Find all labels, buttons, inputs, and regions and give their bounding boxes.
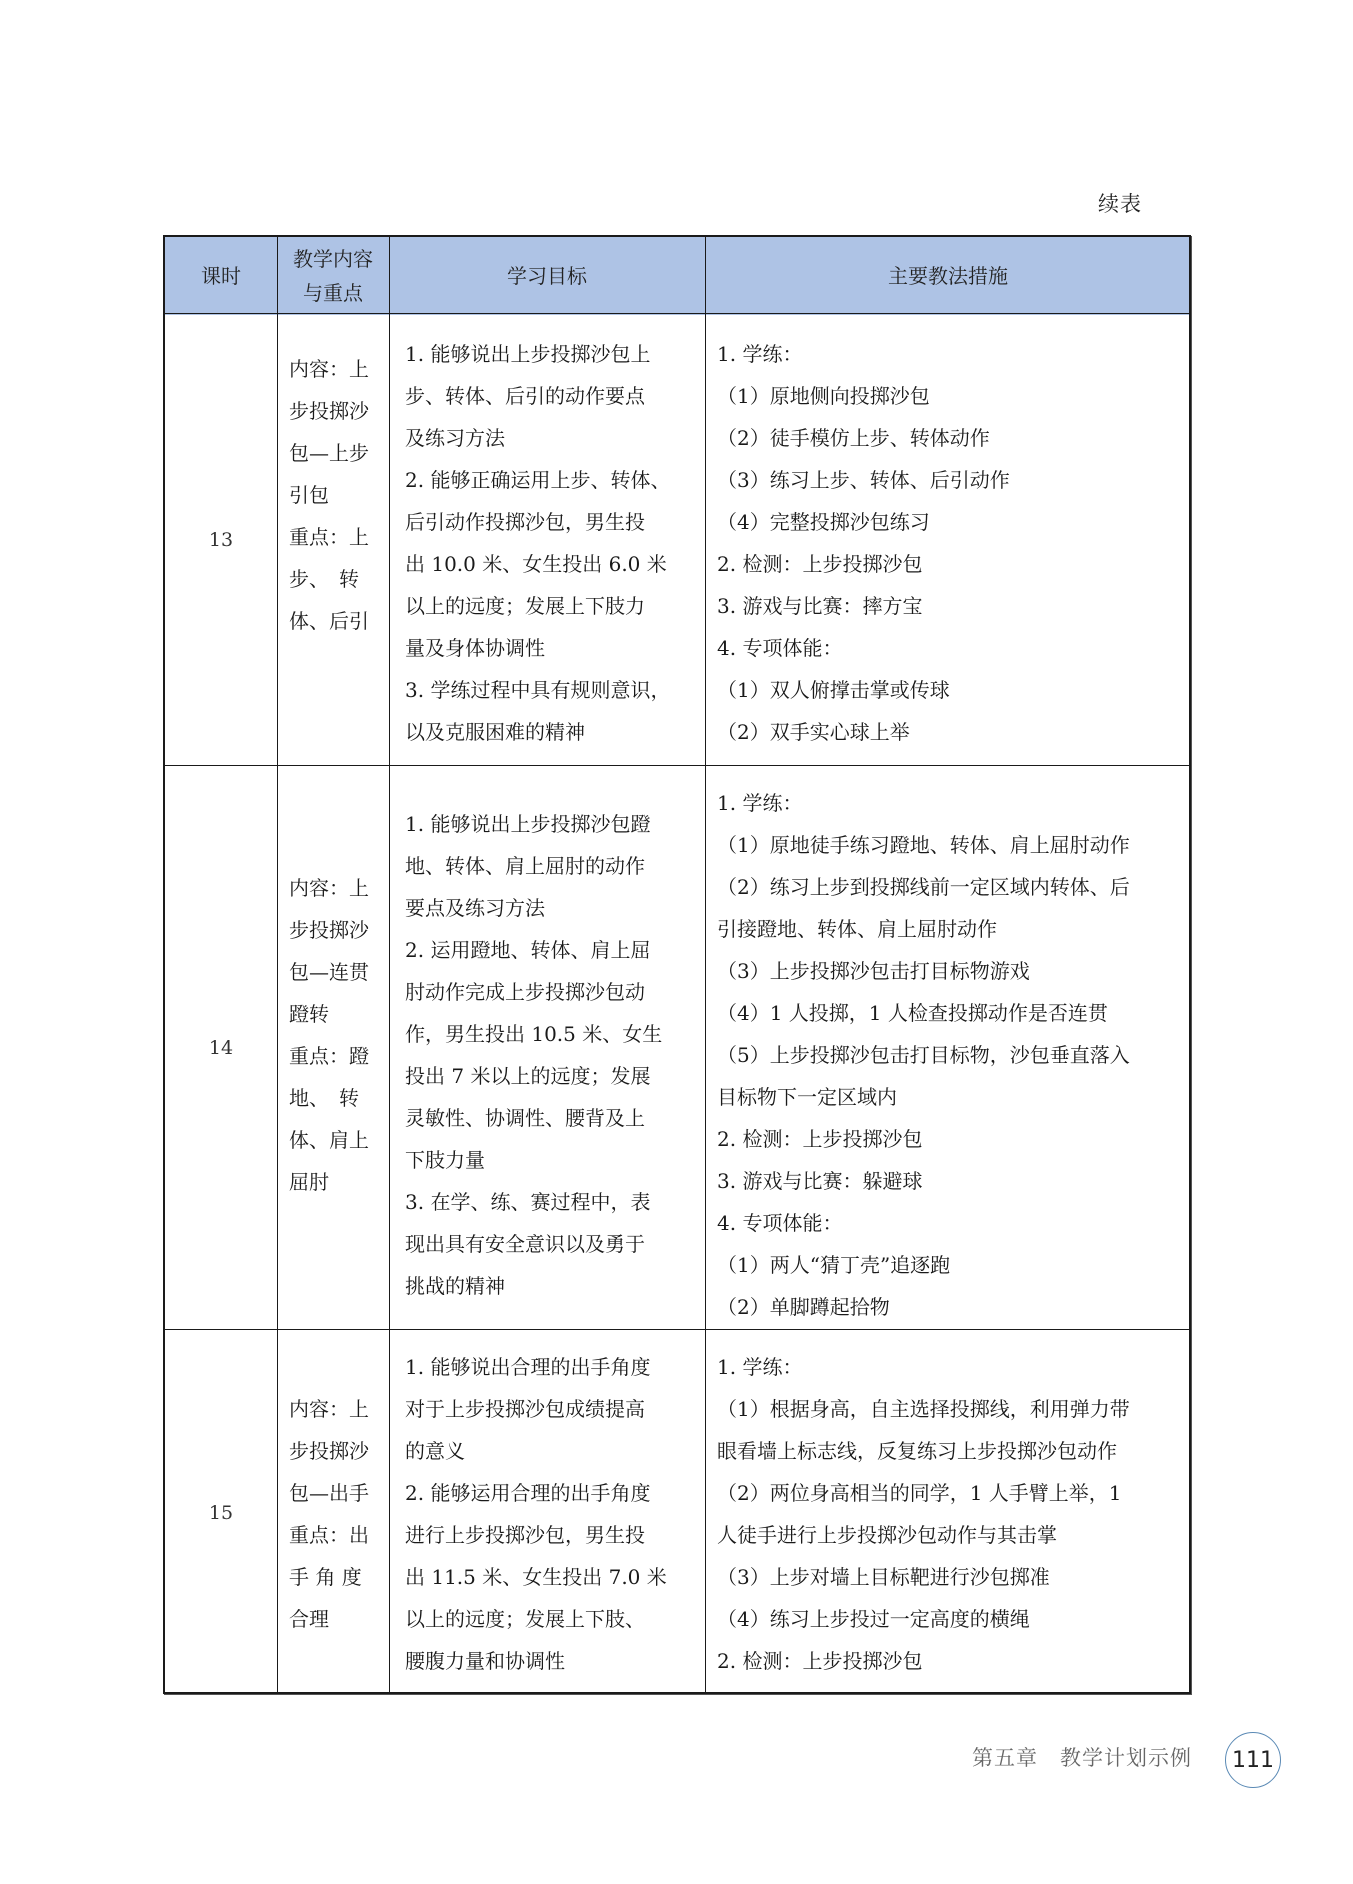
method-line: （4）1 人投掷，1 人检查投掷动作是否连贯 [717, 992, 1187, 1034]
header-content-label-1: 教学内容 [293, 242, 373, 276]
row-divider [165, 1329, 1189, 1330]
objective-line: 灵敏性、协调性、腰背及上 [405, 1097, 701, 1139]
objective-line: 以上的远度；发展上下肢、 [405, 1598, 701, 1640]
content-line: 地、 转 [289, 1077, 389, 1119]
method-line: （1）根据身高，自主选择投掷线，利用弹力带 [717, 1388, 1187, 1430]
method-line: 2. 检测：上步投掷沙包 [717, 1640, 1187, 1682]
objective-line: 1. 能够说出上步投掷沙包上 [405, 333, 701, 375]
content-line: 步投掷沙 [289, 1430, 389, 1472]
objective-line: 作，男生投出 10.5 米、女生 [405, 1013, 701, 1055]
method-line: （1）两人“猜丁壳”追逐跑 [717, 1244, 1187, 1286]
content-line: 内容：上 [289, 1388, 389, 1430]
content-line: 重点：蹬 [289, 1035, 389, 1077]
page-number-badge: 111 [1225, 1732, 1281, 1788]
method-line: （4）完整投掷沙包练习 [717, 501, 1187, 543]
lesson-number-13: 13 [165, 315, 277, 765]
method-line: （2）徒手模仿上步、转体动作 [717, 417, 1187, 459]
objectives-cell-14: 1. 能够说出上步投掷沙包蹬 地、转体、肩上屈肘的动作 要点及练习方法 2. 运… [405, 803, 701, 1307]
method-line: （2）两位身高相当的同学，1 人手臂上举，1 [717, 1472, 1187, 1514]
continued-label: 续表 [1098, 188, 1142, 218]
objective-line: 下肢力量 [405, 1139, 701, 1181]
method-line: （2）双手实心球上举 [717, 711, 1187, 753]
objective-line: 腰腹力量和协调性 [405, 1640, 701, 1682]
methods-cell-14: 1. 学练： （1）原地徒手练习蹬地、转体、肩上屈肘动作 （2）练习上步到投掷线… [717, 782, 1187, 1328]
objectives-cell-15: 1. 能够说出合理的出手角度 对于上步投掷沙包成绩提高 的意义 2. 能够运用合… [405, 1346, 701, 1682]
content-line: 步、 转 [289, 558, 389, 600]
method-line: 人徒手进行上步投掷沙包动作与其击掌 [717, 1514, 1187, 1556]
objective-line: 肘动作完成上步投掷沙包动 [405, 971, 701, 1013]
objective-line: 地、转体、肩上屈肘的动作 [405, 845, 701, 887]
method-line: （1）双人俯撑击掌或传球 [717, 669, 1187, 711]
objective-line: 要点及练习方法 [405, 887, 701, 929]
objective-line: 出 10.0 米、女生投出 6.0 米 [405, 543, 701, 585]
method-line: 1. 学练： [717, 333, 1187, 375]
content-line: 步投掷沙 [289, 390, 389, 432]
row-divider [165, 765, 1189, 766]
header-lesson-label: 课时 [201, 259, 241, 293]
objective-line: 2. 能够运用合理的出手角度 [405, 1472, 701, 1514]
method-line: 4. 专项体能： [717, 1202, 1187, 1244]
header-methods: 主要教法措施 [705, 237, 1191, 315]
method-line: （3）上步投掷沙包击打目标物游戏 [717, 950, 1187, 992]
objective-line: 以及克服困难的精神 [405, 711, 701, 753]
content-line: 体、后引 [289, 600, 389, 642]
content-line: 手 角 度 [289, 1556, 389, 1598]
method-line: （2）单脚蹲起拾物 [717, 1286, 1187, 1328]
objective-line: 2. 能够正确运用上步、转体、 [405, 459, 701, 501]
header-objectives: 学习目标 [389, 237, 705, 315]
objective-line: 及练习方法 [405, 417, 701, 459]
content-line: 包—出手 [289, 1472, 389, 1514]
lesson-number-15: 15 [165, 1331, 277, 1694]
column-divider [389, 237, 390, 1692]
objective-line: 量及身体协调性 [405, 627, 701, 669]
objective-line: 挑战的精神 [405, 1265, 701, 1307]
objective-line: 以上的远度；发展上下肢力 [405, 585, 701, 627]
objective-line: 对于上步投掷沙包成绩提高 [405, 1388, 701, 1430]
lesson-number: 13 [209, 519, 233, 561]
method-line: （4）练习上步投过一定高度的横绳 [717, 1598, 1187, 1640]
content-line: 包—上步 [289, 432, 389, 474]
method-line: 3. 游戏与比赛：躲避球 [717, 1160, 1187, 1202]
method-line: （3）上步对墙上目标靶进行沙包掷准 [717, 1556, 1187, 1598]
content-line: 屈肘 [289, 1161, 389, 1203]
objective-line: 现出具有安全意识以及勇于 [405, 1223, 701, 1265]
objective-line: 后引动作投掷沙包，男生投 [405, 501, 701, 543]
content-line: 内容：上 [289, 867, 389, 909]
method-line: （3）练习上步、转体、后引动作 [717, 459, 1187, 501]
content-line: 包—连贯 [289, 951, 389, 993]
content-line: 引包 [289, 474, 389, 516]
column-divider [705, 237, 706, 1692]
content-line: 内容：上 [289, 348, 389, 390]
content-cell-13: 内容：上 步投掷沙 包—上步 引包 重点：上 步、 转 体、后引 [289, 302, 389, 642]
objective-line: 3. 学练过程中具有规则意识， [405, 669, 701, 711]
objective-line: 2. 运用蹬地、转体、肩上屈 [405, 929, 701, 971]
objective-line: 1. 能够说出合理的出手角度 [405, 1346, 701, 1388]
header-lesson: 课时 [165, 237, 277, 315]
methods-cell-15: 1. 学练： （1）根据身高，自主选择投掷线，利用弹力带 眼看墙上标志线，反复练… [717, 1346, 1187, 1682]
objective-line: 1. 能够说出上步投掷沙包蹬 [405, 803, 701, 845]
header-methods-label: 主要教法措施 [888, 259, 1008, 293]
method-line: 3. 游戏与比赛：摔方宝 [717, 585, 1187, 627]
lesson-number-14: 14 [165, 767, 277, 1329]
objective-line: 的意义 [405, 1430, 701, 1472]
method-line: 目标物下一定区域内 [717, 1076, 1187, 1118]
method-line: 眼看墙上标志线，反复练习上步投掷沙包动作 [717, 1430, 1187, 1472]
method-line: （1）原地侧向投掷沙包 [717, 375, 1187, 417]
objective-line: 投出 7 米以上的远度；发展 [405, 1055, 701, 1097]
objective-line: 步、转体、后引的动作要点 [405, 375, 701, 417]
content-line: 合理 [289, 1598, 389, 1640]
page-number: 111 [1232, 1748, 1274, 1773]
header-objectives-label: 学习目标 [507, 259, 587, 293]
lesson-number: 15 [209, 1492, 233, 1534]
lesson-number: 14 [209, 1027, 233, 1069]
method-line: 1. 学练： [717, 782, 1187, 824]
objective-line: 出 11.5 米、女生投出 7.0 米 [405, 1556, 701, 1598]
content-line: 重点：出 [289, 1514, 389, 1556]
objectives-cell-13: 1. 能够说出上步投掷沙包上 步、转体、后引的动作要点 及练习方法 2. 能够正… [405, 333, 701, 753]
content-line: 体、肩上 [289, 1119, 389, 1161]
content-line: 蹬转 [289, 993, 389, 1035]
methods-cell-13: 1. 学练： （1）原地侧向投掷沙包 （2）徒手模仿上步、转体动作 （3）练习上… [717, 333, 1187, 753]
footer-chapter: 第五章 [972, 1746, 1038, 1770]
objective-line: 进行上步投掷沙包，男生投 [405, 1514, 701, 1556]
content-line: 重点：上 [289, 516, 389, 558]
method-line: 1. 学练： [717, 1346, 1187, 1388]
objective-line: 3. 在学、练、赛过程中，表 [405, 1181, 701, 1223]
method-line: 2. 检测：上步投掷沙包 [717, 543, 1187, 585]
column-divider [277, 237, 278, 1692]
content-cell-14: 内容：上 步投掷沙 包—连贯 蹬转 重点：蹬 地、 转 体、肩上 屈肘 [289, 867, 389, 1203]
method-line: 4. 专项体能： [717, 627, 1187, 669]
method-line: 2. 检测：上步投掷沙包 [717, 1118, 1187, 1160]
method-line: （2）练习上步到投掷线前一定区域内转体、后 [717, 866, 1187, 908]
method-line: 引接蹬地、转体、肩上屈肘动作 [717, 908, 1187, 950]
lesson-plan-table: 课时 教学内容 与重点 学习目标 主要教法措施 13 内容：上 步投掷沙 包—上… [163, 235, 1191, 1694]
method-line: （1）原地徒手练习蹬地、转体、肩上屈肘动作 [717, 824, 1187, 866]
content-cell-15: 内容：上 步投掷沙 包—出手 重点：出 手 角 度 合理 [289, 1388, 389, 1640]
method-line: （5）上步投掷沙包击打目标物，沙包垂直落入 [717, 1034, 1187, 1076]
content-line: 步投掷沙 [289, 909, 389, 951]
footer-section: 教学计划示例 [1060, 1746, 1192, 1770]
page-footer: 第五章教学计划示例 [972, 1742, 1192, 1772]
